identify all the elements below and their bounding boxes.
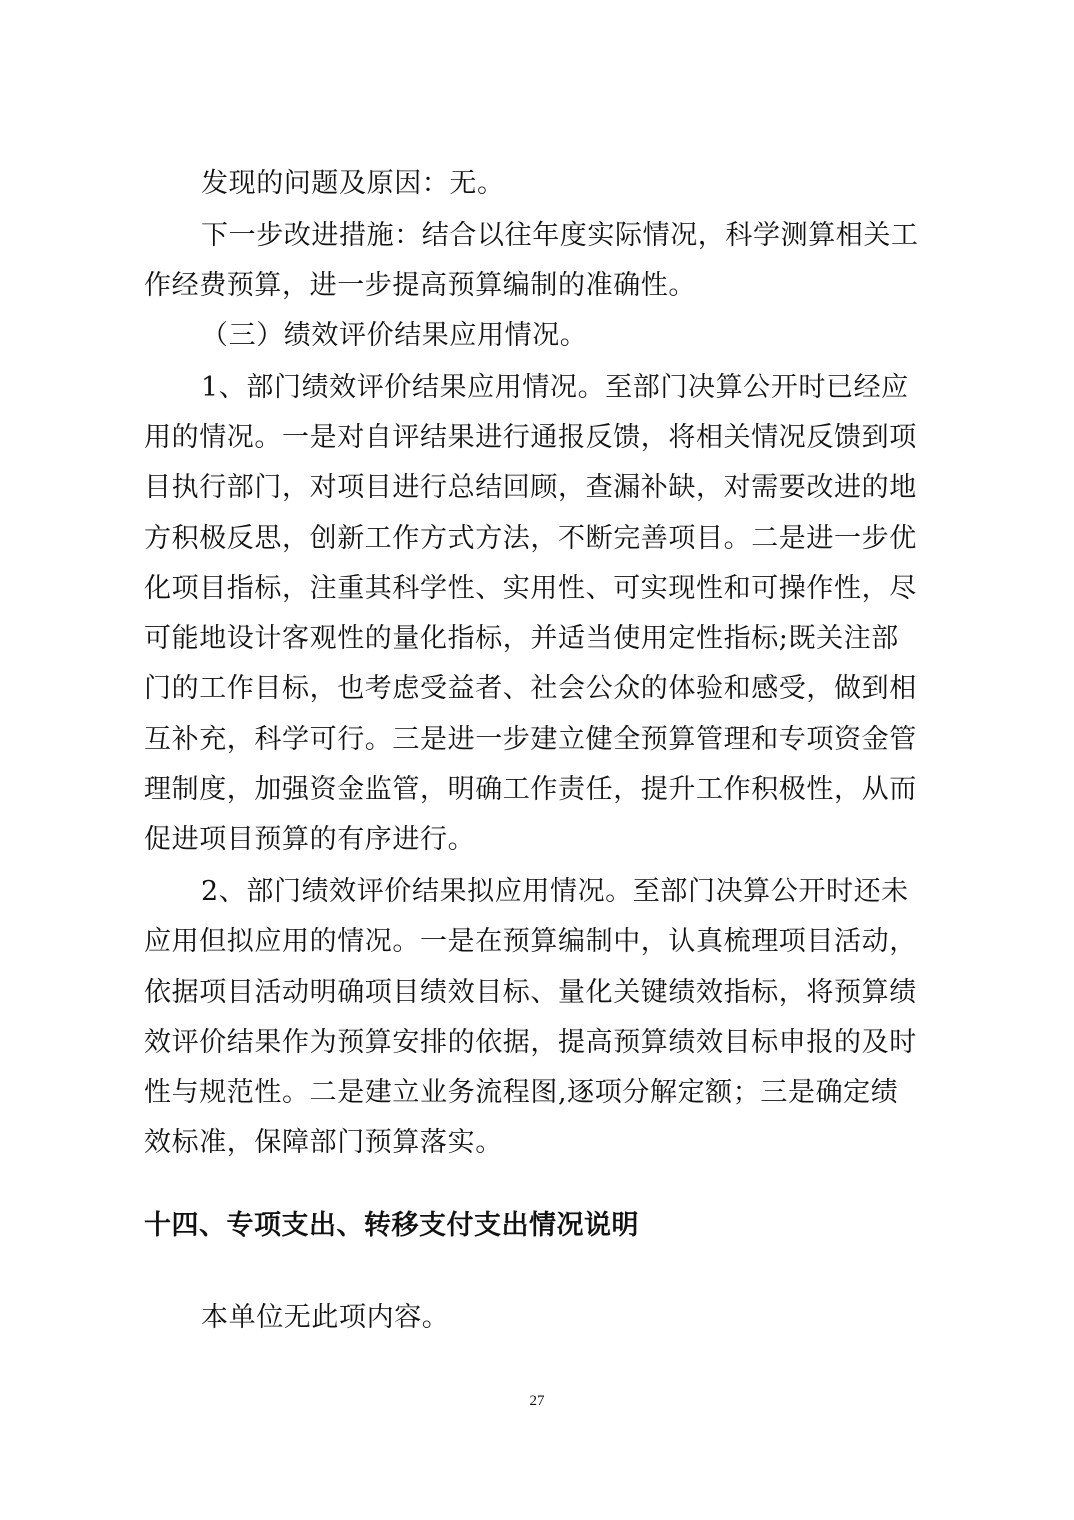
text-line: 理制度，加强资金监管，明确工作责任，提升工作积极性，从而 xyxy=(144,772,917,808)
text-line: 促进项目预算的有序进行。 xyxy=(144,822,475,858)
section-heading: 十四、专项支出、转移支付支出情况说明 xyxy=(144,1203,639,1242)
text-line: 效标准，保障部门预算落实。 xyxy=(144,1125,503,1161)
page-number: 27 xyxy=(0,1393,1074,1410)
section-body: 本单位无此项内容。 xyxy=(201,1300,449,1336)
text-line: 目执行部门，对项目进行总结回顾，查漏补缺，对需要改进的地 xyxy=(144,470,917,506)
text-line: 1、部门绩效评价结果应用情况。至部门决算公开时已经应 xyxy=(201,370,909,406)
text-line: 方积极反思，创新工作方式方法，不断完善项目。二是进一步优 xyxy=(144,521,917,557)
text-line: 作经费预算，进一步提高预算编制的准确性。 xyxy=(144,268,696,304)
text-line: 下一步改进措施：结合以往年度实际情况，科学测算相关工 xyxy=(201,218,919,254)
text-line: 2、部门绩效评价结果拟应用情况。至部门决算公开时还未 xyxy=(201,874,909,910)
text-line: 门的工作目标，也考虑受益者、社会公众的体验和感受，做到相 xyxy=(144,671,917,707)
text-line: 化项目指标，注重其科学性、实用性、可实现性和可操作性，尽 xyxy=(144,571,917,607)
text-line: 性与规范性。二是建立业务流程图,逐项分解定额；三是确定绩 xyxy=(144,1075,898,1111)
text-line: 发现的问题及原因：无。 xyxy=(201,166,505,202)
text-line: 依据项目活动明确项目绩效目标、量化关键绩效指标，将预算绩 xyxy=(144,975,917,1011)
text-line: 用的情况。一是对自评结果进行通报反馈，将相关情况反馈到项 xyxy=(144,420,917,456)
text-line: 效评价结果作为预算安排的依据，提高预算绩效目标申报的及时 xyxy=(144,1025,917,1061)
text-line: 互补充，科学可行。三是进一步建立健全预算管理和专项资金管 xyxy=(144,722,917,758)
text-line: 可能地设计客观性的量化指标，并适当使用定性指标;既关注部 xyxy=(144,621,899,657)
text-line: 应用但拟应用的情况。一是在预算编制中，认真梳理项目活动， xyxy=(144,924,917,960)
subsection-heading: （三）绩效评价结果应用情况。 xyxy=(201,318,587,354)
